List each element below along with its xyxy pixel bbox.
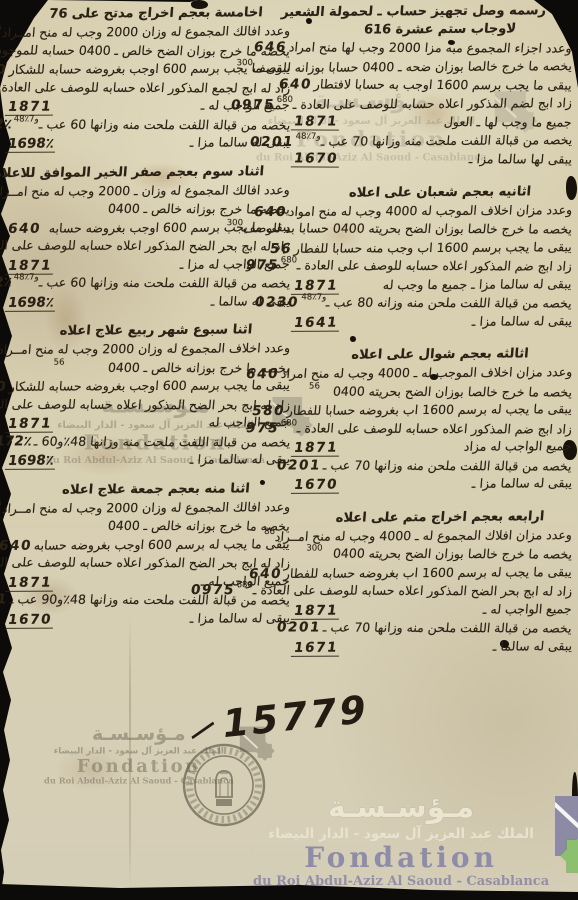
line-text: يخصه ما خرج بوزان الضح خالص ـ 0400 حسابه… <box>0 42 291 58</box>
line-text: يبقى ما يجب برسم 1600 اوجب به حسابا لافت… <box>314 76 573 92</box>
ledger-line: يخصه من قبالة اللفت ملحت منه وزانها 60 ع… <box>6 116 290 136</box>
line-amount: 1871 <box>5 416 55 433</box>
superscript-note: 48٪و7 <box>14 272 39 282</box>
line-amount: 640 <box>5 220 44 236</box>
line-text: يبقى له سالما مزا ـ <box>189 134 290 150</box>
block-header: اثناد سوم بعجم صفر الخير الموافق للاعلاه <box>47 164 264 181</box>
line-text: جميع الواجب له <box>208 414 290 430</box>
line-text: زاد له ابج بحر الضح المذكور اعلاه حسابه … <box>0 554 291 570</box>
ledger-block: اثالثه بعجم شوال على اعلاهوعدد مزان اخلا… <box>292 347 572 495</box>
superscript-note: 48٪و7 <box>296 131 321 141</box>
line-text: يبقى ما يجب له برسم 1600 اب بغروضه حسابه… <box>284 564 573 581</box>
ledger-line: يبقى ما يجب برسم 600 اوجب بغروضه حسابه ل… <box>6 60 290 80</box>
ledger-line: جميع الواجب له ـ1871 <box>6 573 290 593</box>
fold-crease <box>129 615 131 890</box>
line-text: يبقى له سالما مزا ـ <box>471 475 572 491</box>
ledger-line: يبقى له سالما مزا ـ1670 <box>292 475 572 495</box>
line-text: يبقى ما يجب برسم 600 اوجب بغروضه حسابه ل… <box>8 377 290 394</box>
line-text: يخصه ما خرج خالصا بوزان الضح بحريته 0400 <box>332 383 573 399</box>
line-amount: 1670 <box>5 611 55 628</box>
line-text: وعدد اجزاء المجموع مبه مزا 2000 وجب لها … <box>289 39 573 55</box>
ledger-line: يخصه ما خرج بوزان الضح خالص ـ 0400 حسابه… <box>6 42 290 62</box>
line-amount: 1871 <box>291 602 341 619</box>
superscript-note: 86 <box>0 498 2 508</box>
line-amount: 0172٪ <box>0 433 35 449</box>
ledger-line: يبقى له سالما مزا ـ1698٪ <box>6 134 290 154</box>
line-text: يبقى له سالما مزا ـ <box>189 451 290 467</box>
ledger-block: اثانيه بعجم شعبان على اعلاهوعدد مزان اخل… <box>292 185 572 333</box>
ledger-line: يخصه ما خرج خالصا بوزان ضحه ـ 0400 حسابا… <box>292 58 572 78</box>
ledger-line: يبقى له سالما مزا ـ1698٪ <box>6 451 290 471</box>
line-text: يبقى لها سالما مزا ـ <box>468 151 573 166</box>
line-text: يخصه من قبالة اللفت ملحن منه وزانه 80 عب… <box>326 295 573 311</box>
ledger-line: وعدد افالك المجموع له وزان ـ 2000 وجب له… <box>6 182 290 202</box>
line-text: يخصه من قبالة اللفت ملحت منه وزانها 48٪و… <box>33 433 291 449</box>
ledger-line: يبقى لها سالما مزا ـ1670 <box>292 150 572 170</box>
ledger-line: جميع الواجب له مزاد1871 <box>292 438 572 458</box>
line-text: زاد له ابج بحر الضح المذكور اعلاه حسابه … <box>252 582 573 598</box>
ink-blot <box>572 772 578 824</box>
ledger-block: اثنا منه بعجم جمعة علاج اعلاهوعدد افالك … <box>6 482 290 630</box>
line-text: زاد ابج لضم المذكور اعلاه حسابه للوصف عل… <box>292 95 572 112</box>
line-text: جميع الواجب له ـ <box>483 601 573 617</box>
superscript-note: 48٪و7 <box>14 114 39 124</box>
ledger-line: يبقى له سالما ـ1671 <box>292 638 572 658</box>
ledger-line: يبقى ما يجب برسم 600 اوجب بغروضه حسابه ل… <box>6 377 290 397</box>
ledger-line: يبقى ما يجب برسم 600 اوجب بغروضه حسابه64… <box>6 219 290 239</box>
ledger-line: وعدد افالك المجموع له وزان 2000 وجب له م… <box>6 499 290 519</box>
ledger-line: زاد ابج ضم المذكور اعلاه حسابه للوصف على… <box>292 257 572 277</box>
ledger-line: يخصه ما خرج خالصا بوزان الضح بحريته 0400… <box>292 545 572 565</box>
line-text: يبقى ما يجب له برسم 600 اوجب بغروضه حساب… <box>34 536 291 553</box>
ledger-line: زاد له ابج بحر الضح المذكور اعلاه حسابه … <box>6 396 290 416</box>
superscript-note: 86 <box>0 23 2 33</box>
scanned-manuscript-photo: مـؤسـسـة الملك عبد العزيز آل سعود - الدا… <box>0 0 578 900</box>
line-amount: 1671 <box>291 639 341 656</box>
ledger-line: زاد ابج ضم المذكور اعلاه حسابه للوصف على… <box>292 420 572 440</box>
ledger-block: اثناد سوم بعجم صفر الخير الموافق للاعلاه… <box>6 165 290 313</box>
superscript-note: 56 <box>309 381 320 391</box>
line-amount: 1698٪ <box>5 136 57 153</box>
line-text: جميع ما وجب لها ـ العول <box>444 114 573 130</box>
line-amount: 1698٪ <box>5 453 57 470</box>
line-text: جميع الواجب له ـ <box>201 573 291 589</box>
block-header: ارابعه بعجم اخراج متم على اعلاه <box>333 509 546 525</box>
ledger-line: زاد له ابج بحر الضح المذكور اعلاه حسابه … <box>292 582 572 602</box>
line-text: يبقى له سالما مزا ـ جميع ما وجب له <box>383 276 573 292</box>
line-text: جميع الواجب له ـ <box>201 97 291 113</box>
line-amount: 1641 <box>291 314 341 331</box>
block-header: اثنا منه بعجم جمعة علاج اعلاه <box>47 481 264 498</box>
ledger-line: يخصه ما خرج خالصا بوزان الضح بحريته 0400… <box>292 220 572 240</box>
line-text: يخصه ما خرج بوزانه خالص ـ 0400 <box>107 201 290 217</box>
line-text: يبقى ما يجب له برسم 1600 اب بغروضه حسابا… <box>286 401 572 418</box>
ledger-line: يخصه من قبالة اللفت ملحت منه وزانها 48٪و… <box>6 591 290 611</box>
line-text: زاد له ابج بحر الضح المذكور اعلاه حسابه … <box>0 396 291 412</box>
ledger-line: يبقى له سالما مزا ـ جميع ما وجب له1871 <box>292 276 572 296</box>
block-header: اخامسة بعجم اخراج مدتح على 76 <box>47 5 264 22</box>
ledger-line: يبقى له سالما ـ1698٪ <box>6 293 290 313</box>
ledger-line: وعدد اخلاف المجموع له وزان 2000 وجب له م… <box>6 340 290 360</box>
ledger-line: يبقى ما يجب برسم 1600 اب وجب منه حسابا ل… <box>292 239 572 259</box>
ledger-line: زاد له ابج بحر الضح المذكور اعلاه حسابه … <box>6 554 290 574</box>
block-subheader: لاوجاب ستم عشرة 616 <box>333 21 546 37</box>
line-text: يبقى له سالما ـ <box>210 293 290 308</box>
line-text: يبقى ما يجب برسم 1600 اب وجب منه حسابا ل… <box>294 239 573 256</box>
line-text: وعدد افالك المجموع له وزان 2000 وجب له م… <box>1 499 290 516</box>
ledger-line: يخصه من قبالة اللفت ملحت منه وزانها 70 ع… <box>292 132 572 152</box>
ledger-line: زاد ابج لضم المذكور اعلاه حسابه للوصف عل… <box>292 95 572 115</box>
ledger-line: وعدد مزان اخلاف الموجب له ـ 4000 وجب له … <box>292 364 572 384</box>
ledger-block: رسمه وصل تجهيز حساب ـ لحمولة الشعيرلاوجا… <box>292 4 572 170</box>
line-text: يبقى له سالما ـ <box>492 638 572 653</box>
line-text: يخصه ما خرج بوزانه خالص ـ 0400 <box>107 359 290 375</box>
ledger-line: يخصه ما خرج بوزانه خالص ـ 0400 <box>6 517 290 537</box>
line-text: وعدد مزان اخلاف الموجب له ـ 4000 وجب له … <box>280 364 573 381</box>
ledger-line: وعدد مزان اخلاف الموجب له 4000 وجب له من… <box>292 202 572 222</box>
line-text: يخصه من قبالة اللفت ملحت منه وزانها 60 ع… <box>38 116 291 132</box>
ledger-line: زاد له ابج لجمع المذكور اعلاه حسابه للوص… <box>6 79 290 99</box>
line-text: يخصه من قبالة اللفت ملحت منه وزانها 60 ع… <box>38 275 291 291</box>
ledger-line: وعدد اجزاء المجموع مبه مزا 2000 وجب لها … <box>292 39 572 59</box>
line-text: يبقى له سالما مزا ـ <box>189 610 290 626</box>
ledger-block: اثنا سبوع شهر ربيع علاج اعلاهوعدد اخلاف … <box>6 323 290 471</box>
superscript-note: 300 <box>306 543 322 553</box>
line-text: وعدد افالك المجموع له وزان 2000 وجب له م… <box>1 23 290 40</box>
ledger-line: يبقى له سالما مزا ـ1641 <box>292 313 572 333</box>
ledger-line: يخصه من قبالة اللفت ملحت منه وزانها 60 ع… <box>6 274 290 294</box>
ledger-line: جميع ما وجب لها ـ العول1871 <box>292 113 572 133</box>
line-amount: 640 <box>0 537 35 553</box>
line-amount: 1871 <box>291 440 341 457</box>
line-text: يبقى له سالما مزا ـ <box>471 313 572 329</box>
line-text: جميع الواجب له مزاد <box>464 438 573 454</box>
ledger-line: يخصه من قبالة اللفت ملحت منه وزانها 48٪و… <box>6 433 290 453</box>
line-amount: 1871 <box>5 99 55 116</box>
superscript-note: 56 <box>54 357 65 367</box>
block-header: اثانيه بعجم شعبان على اعلاه <box>333 184 546 200</box>
ledger-line: وعدد افالك المجموع له وزان 2000 وجب له م… <box>6 23 290 43</box>
line-amount: 1670 <box>291 150 341 167</box>
ledger-line: يخصه ما خرج بوزانه خالص ـ 0400 <box>6 200 290 220</box>
ledger-line: وعدد مزان افلاك المجموع له ـ 4000 وجب له… <box>292 527 572 547</box>
line-amount: 1698٪ <box>5 294 57 311</box>
ledger-line: جميع الواجب له ـ1871 <box>6 97 290 117</box>
line-text: يخصه من قبالة اللفت ملحن منه وزانها 70 ع… <box>323 457 573 473</box>
line-text: زاد له ابج لجمع المذكور اعلاه حسابه للوص… <box>0 79 291 95</box>
line-text: وعدد مزان افلاك المجموع له ـ 4000 وجب له… <box>274 527 572 544</box>
line-text: يخصه من قبالة اللفت ملحت منه وزانها 70 ع… <box>320 132 573 149</box>
line-amount: 1871 <box>291 113 341 130</box>
line-text: يخصه ما خرج خالصا بوزان ضحه ـ 0400 حسابا… <box>252 58 572 75</box>
line-amount: 1871 <box>5 574 55 591</box>
ledger-line: يبقى ما يجب برسم 1600 اوجب به حسابا لافت… <box>292 76 572 96</box>
ledger-line: زاد له ابج بحر الضح المذكور اعلاه حسابه … <box>6 237 290 257</box>
line-text: يخصه من قبالة اللفت ملحت منه وزانها 48٪و… <box>9 591 290 607</box>
line-text: يخصه من قبالة اللفت ملحن منه وزانها 70 ع… <box>323 620 573 636</box>
ledger-line: جميع الواجب له1871 <box>6 414 290 434</box>
superscript-note: 48٪و7 <box>301 292 326 302</box>
line-amount: 0172٪ <box>0 274 15 290</box>
line-text: يبقى ما يجب برسم 600 اوجب بغروضه حسابه ل… <box>8 60 290 77</box>
line-amount: 1670 <box>291 477 341 494</box>
ledger-line: يخصه من قبالة اللفت ملحن منه وزانه 80 عب… <box>292 294 572 314</box>
line-amount: 0172٪ <box>0 116 15 132</box>
line-text: زاد ابج ضم المذكور اعلاه حسابه للوصف على… <box>296 257 572 273</box>
ledger-line: جميع الواجب له ـ1871 <box>292 601 572 621</box>
line-text: يخصه ما خرج بوزانه خالص ـ 0400 <box>107 518 290 534</box>
line-text: يخصه ما خرج خالصا بوزان الضح بحريته 0400… <box>242 220 572 236</box>
manuscript-column-right: رسمه وصل تجهيز حساب ـ لحمولة الشعيرلاوجا… <box>292 4 572 672</box>
line-text: جميع الواجب له مزا ـ <box>180 256 291 272</box>
line-text: يخصه ما خرج خالصا بوزان الضح بحريته 0400 <box>332 546 573 562</box>
line-text: وعدد مزان اخلاف الموجب له 4000 وجب له من… <box>288 202 573 219</box>
ledger-line: جميع الواجب له مزا ـ1871 <box>6 256 290 276</box>
ledger-block: اخامسة بعجم اخراج مدتح على 76وعدد افالك … <box>6 6 290 154</box>
ledger-line: يبقى ما يجب له برسم 1600 اب بغروضه حسابه… <box>292 564 572 584</box>
block-header: اثالثه بعجم شوال على اعلاه <box>333 346 546 362</box>
ledger-line: يخصه ما خرج بوزانه خالص ـ 040056 <box>6 359 290 379</box>
ledger-line: يبقى ما يجب له برسم 600 اوجب بغروضه حساب… <box>6 536 290 556</box>
line-text: زاد ابج ضم المذكور اعلاه حسابه للوصف على… <box>296 420 572 436</box>
ledger-line: يخصه ما خرج خالصا بوزان الضح بحريته 0400… <box>292 383 572 403</box>
line-text: زاد له ابج بحر الضح المذكور اعلاه حسابه … <box>0 237 291 253</box>
ledger-line: يبقى له سالما مزا ـ1670 <box>6 610 290 630</box>
block-header: رسمه وصل تجهيز حساب ـ لحمولة الشعير <box>333 3 546 19</box>
ledger-line: يخصه من قبالة اللفت ملحن منه وزانها 70 ع… <box>292 619 572 639</box>
round-ink-stamp-icon <box>180 741 268 833</box>
line-text: وعدد اخلاف المجموع له وزان 2000 وجب له م… <box>0 340 291 357</box>
block-header: اثنا سبوع شهر ربيع علاج اعلاه <box>47 322 264 339</box>
line-text: وعدد افالك المجموع له وزان ـ 2000 وجب له… <box>0 182 291 199</box>
ledger-block: ارابعه بعجم اخراج متم على اعلاهوعدد مزان… <box>292 510 572 658</box>
ledger-line: يبقى ما يجب له برسم 1600 اب بغروضه حسابا… <box>292 401 572 421</box>
ledger-line: يخصه من قبالة اللفت ملحن منه وزانها 70 ع… <box>292 457 572 477</box>
line-text: يبقى ما يجب برسم 600 اوجب بغروضه حسابه <box>48 219 291 235</box>
manuscript-column-left: اخامسة بعجم اخراج مدتح على 76وعدد افالك … <box>6 6 290 640</box>
